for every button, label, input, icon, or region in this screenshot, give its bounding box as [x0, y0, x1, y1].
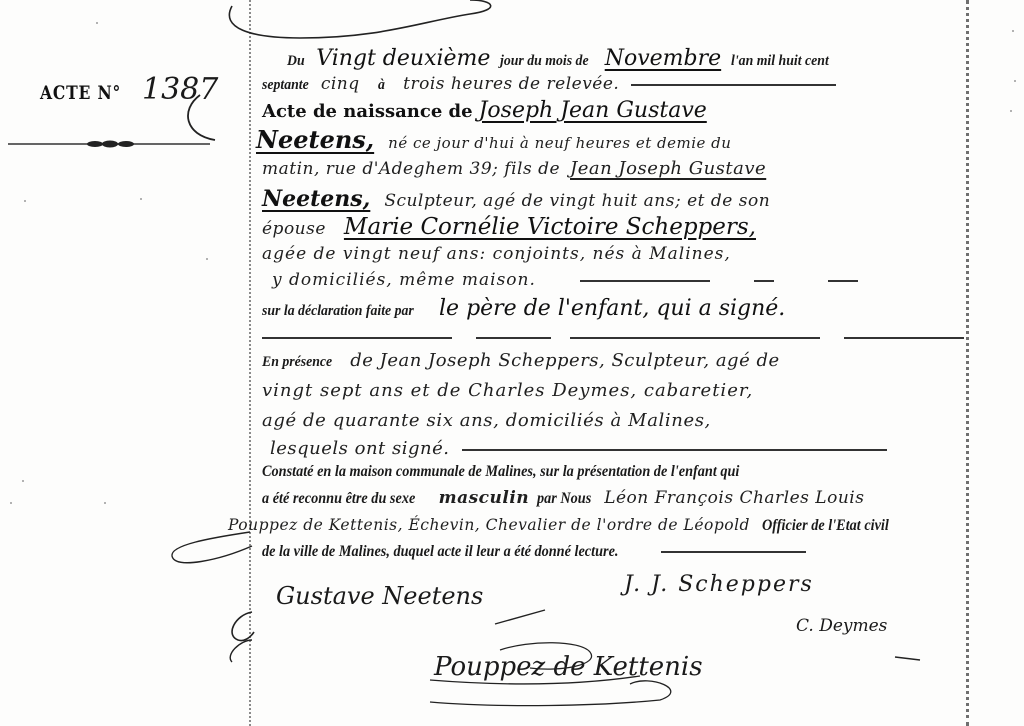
signature-flourish-icon: [0, 0, 1024, 726]
birth-record-page: ACTE N° 1387 Du Vingt deuxième jour du m…: [0, 0, 1024, 726]
